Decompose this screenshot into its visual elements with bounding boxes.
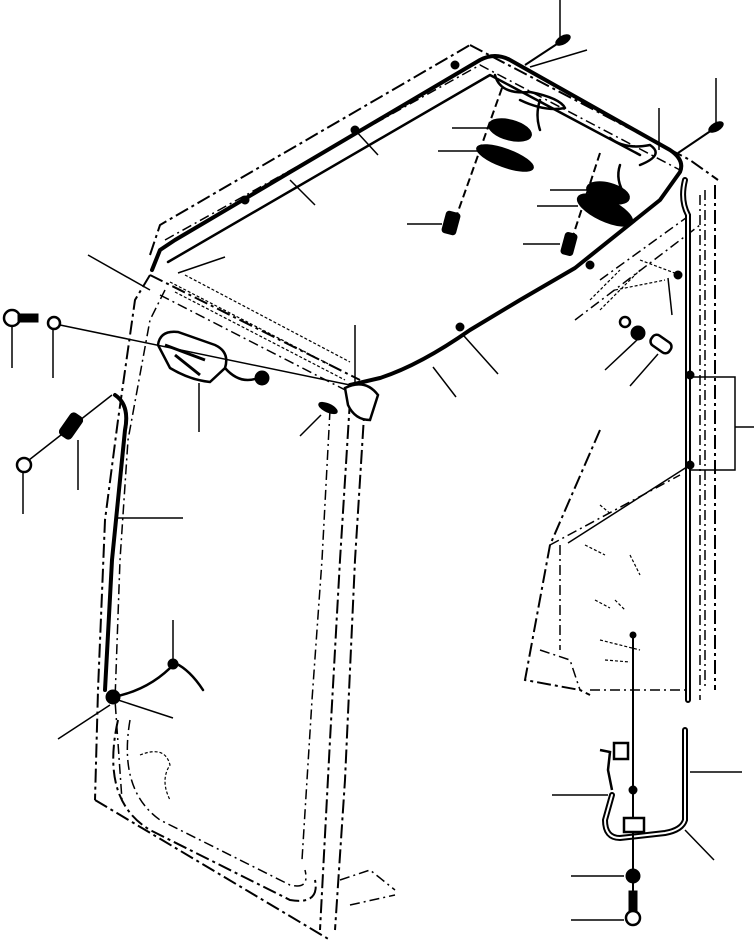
room-lamp-left xyxy=(441,88,536,235)
lamp-screw-right xyxy=(560,232,577,256)
top-bolt-left xyxy=(525,33,572,65)
ground-washer xyxy=(626,869,640,883)
top-bolt-right xyxy=(678,120,725,153)
ground-bolt xyxy=(626,891,640,925)
clip-left xyxy=(58,411,84,440)
ground-bracket xyxy=(614,743,628,759)
rear-pillar-harness xyxy=(683,180,735,700)
right-clip-bolt xyxy=(649,333,674,355)
lamp-screw-left xyxy=(441,211,460,236)
room-lamp-left-cover xyxy=(474,139,537,176)
left-pillar-harness xyxy=(105,395,203,704)
right-clip-washer xyxy=(631,326,645,340)
front-bolt xyxy=(4,310,38,326)
cab-frame xyxy=(95,45,718,940)
front-washer xyxy=(48,317,60,329)
room-lamp-right xyxy=(560,153,636,256)
room-lamp-left-body xyxy=(486,115,534,146)
front-lamp xyxy=(158,332,269,385)
ground-terminal xyxy=(629,786,637,794)
parts-diagram xyxy=(0,0,754,945)
grommet-front xyxy=(317,384,378,420)
